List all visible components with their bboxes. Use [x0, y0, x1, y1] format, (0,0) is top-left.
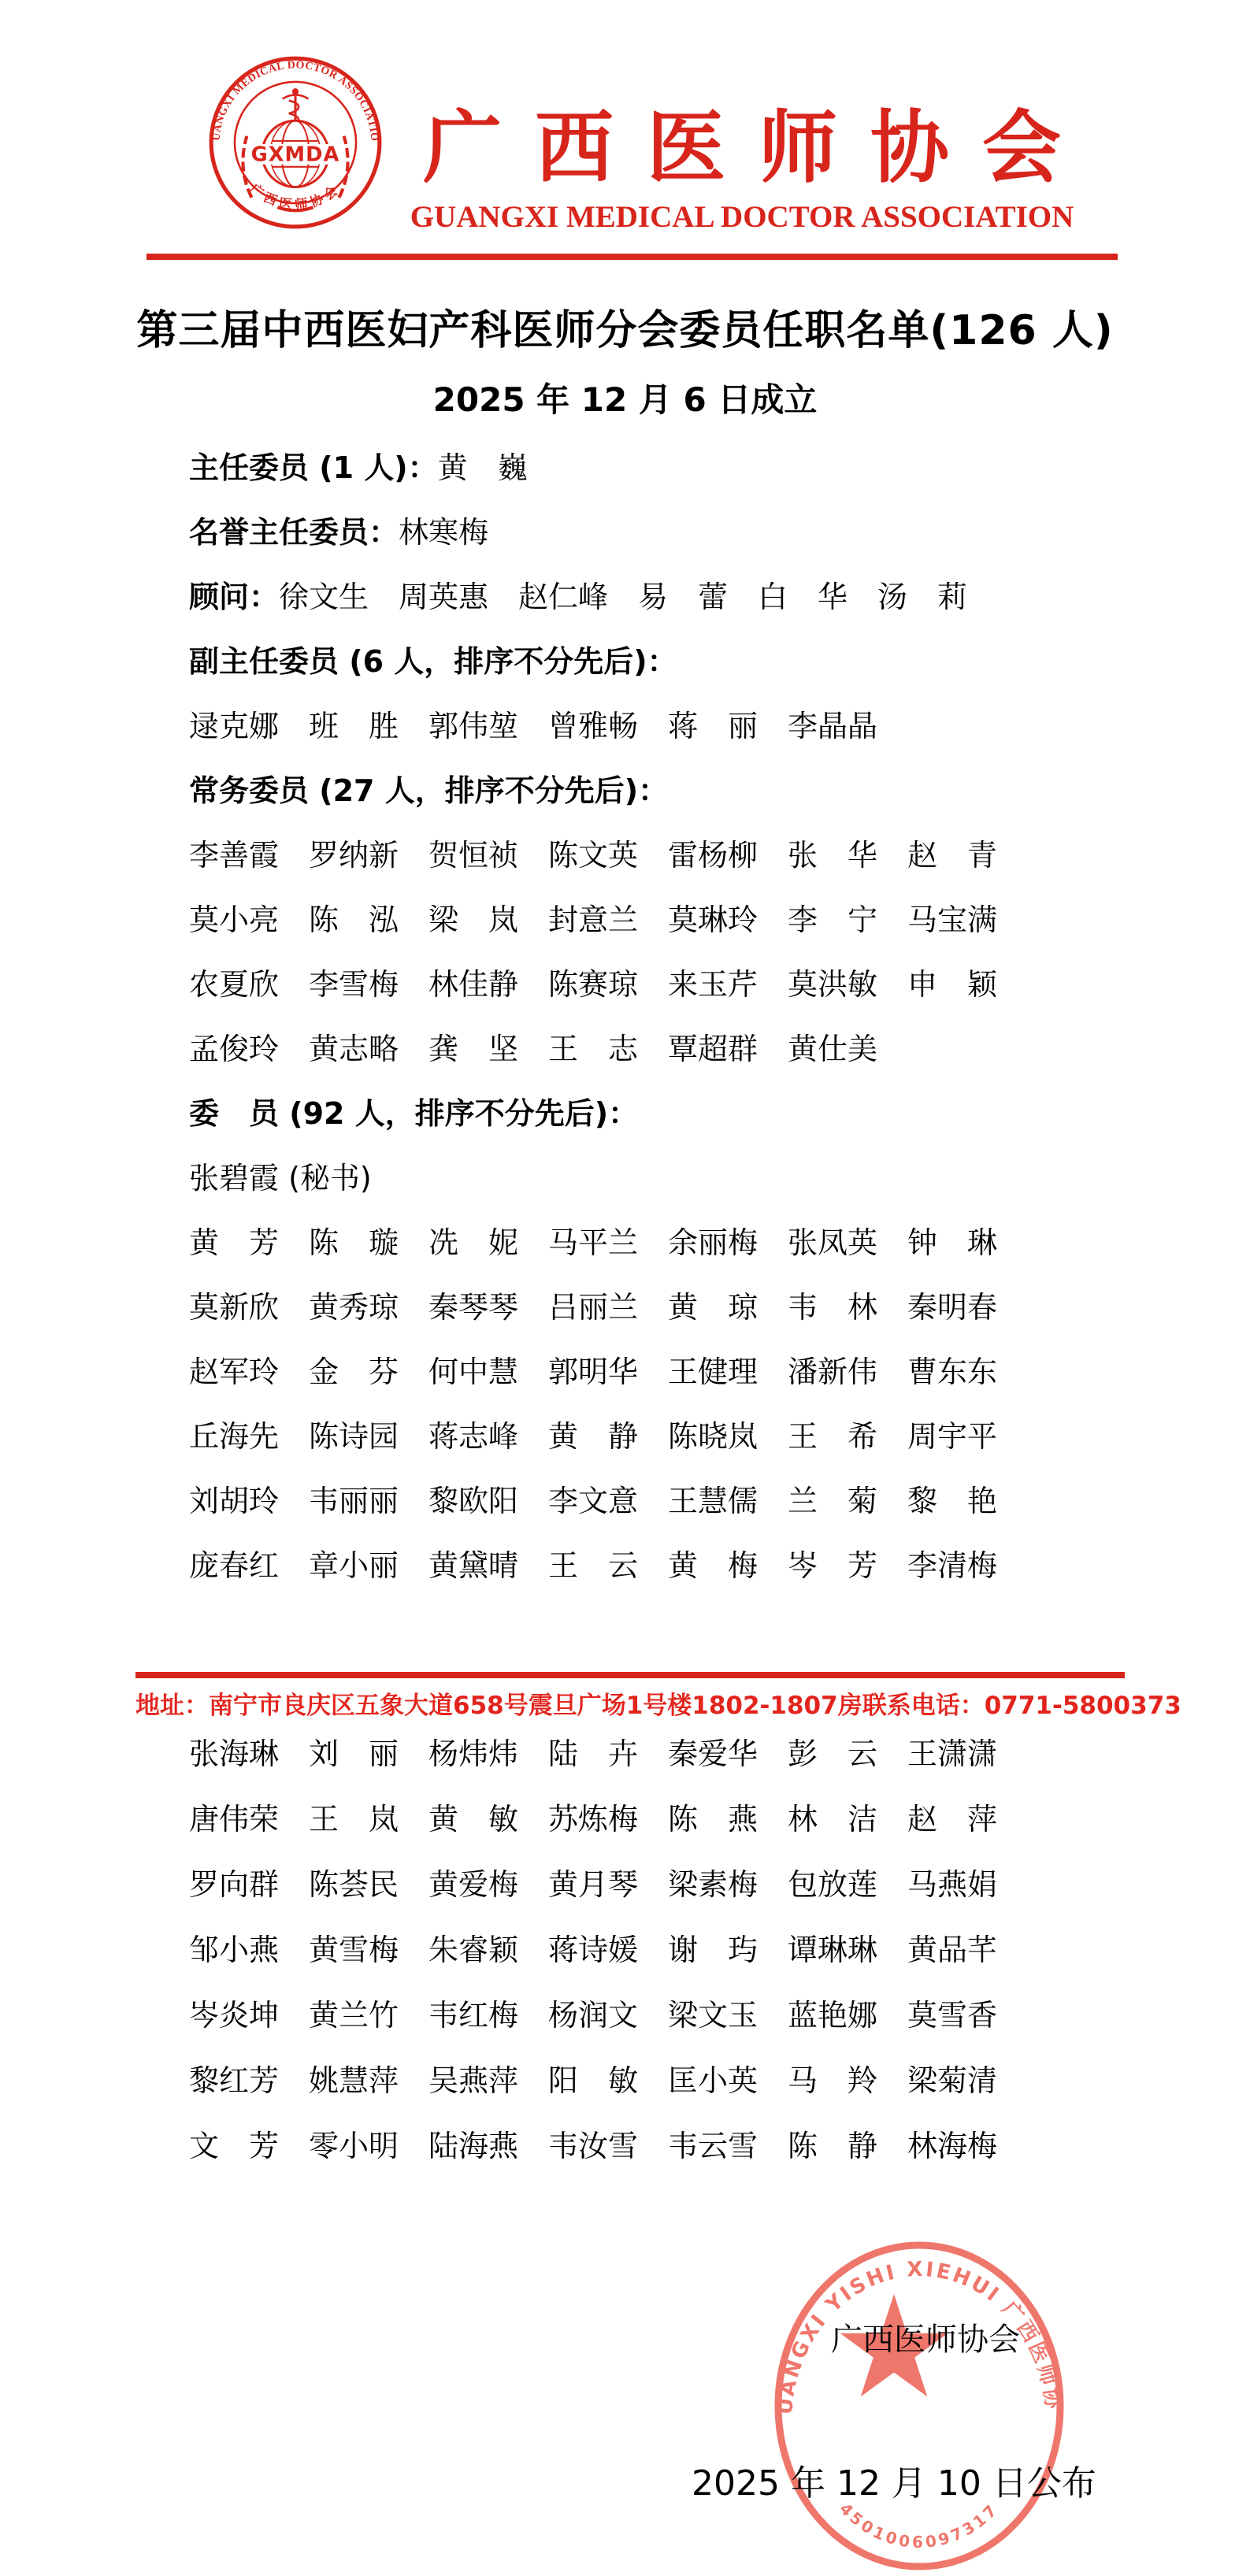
member-list-page1: 主任委员 (1 人)：黄 巍 名誉主任委员：林寒梅 顾问：徐文生 周英惠 赵仁峰…: [189, 436, 1134, 1598]
members-row: 丘海先 陈诗园 蒋志峰 黄 静 陈晓岚 王 希 周宇平: [189, 1404, 1134, 1469]
org-name-en: GUANGXI MEDICAL DOCTOR ASSOCIATION: [394, 202, 1090, 233]
logo-abbr-text: GXMDA: [251, 143, 340, 167]
members-row: 文 芳 零小明 陆海燕 韦汝雪 韦云雪 陈 静 林海梅: [189, 2114, 1134, 2179]
signing-org-name: 广西医师协会: [831, 2322, 1020, 2358]
honorary-chairman-line: 名誉主任委员：林寒梅: [189, 500, 1134, 565]
members-row: 莫新欣 黄秀琼 秦琴琴 吕丽兰 黄 琼 韦 林 秦明春: [189, 1275, 1134, 1340]
chairman-line: 主任委员 (1 人)：黄 巍: [189, 436, 1134, 500]
members-row: 赵军玲 金 芬 何中慧 郭明华 王健理 潘新伟 曹东东: [189, 1340, 1134, 1404]
footer-divider: [135, 1672, 1125, 1678]
standing-members-row: 农夏欣 李雪梅 林佳静 陈赛琼 来玉芹 莫洪敏 申 颖: [189, 952, 1134, 1017]
honorary-chairman-name: 林寒梅: [399, 515, 488, 550]
document-title: 第三届中西医妇产科医师分会委员任职名单(126 人): [0, 307, 1250, 354]
members-row: 邹小燕 黄雪梅 朱睿颖 蒋诗媛 谢 玙 谭琳琳 黄品芊: [189, 1918, 1134, 1983]
chairman-name: 黄 巍: [438, 450, 528, 485]
advisors-label: 顾问：: [189, 580, 279, 614]
secretary-line: 张碧霞 (秘书): [189, 1146, 1134, 1210]
footer-phone: 联系电话：0771-5800373: [862, 1692, 1181, 1720]
page-footer: 地址：南宁市良庆区五象大道658号震旦广场1号楼1802-1807房 联系电话：…: [135, 1672, 1125, 1720]
standing-members-row: 孟俊玲 黄志略 龚 坚 王 志 覃超群 黄仕美: [189, 1017, 1134, 1081]
honorary-chairman-label: 名誉主任委员：: [189, 515, 399, 550]
members-label: 委 员 (92 人，排序不分先后)：: [189, 1081, 1134, 1146]
publish-date: 2025 年 12 月 10 日公布: [692, 2463, 1096, 2504]
advisors-names: 徐文生 周英惠 赵仁峰 易 蕾 白 华 汤 莉: [279, 580, 967, 614]
members-row: 庞春红 章小丽 黄黛晴 王 云 黄 梅 岑 芳 李清梅: [189, 1533, 1134, 1598]
advisors-line: 顾问：徐文生 周英惠 赵仁峰 易 蕾 白 华 汤 莉: [189, 565, 1134, 629]
official-seal-stamp-icon: GUANGXI YISHI XIEHUI 广西医师协会 450100609731…: [768, 2241, 1071, 2571]
members-row: 黄 芳 陈 璇 冼 妮 马平兰 余丽梅 张凤英 钟 琳: [189, 1210, 1134, 1275]
org-title-block: 广西医师协会 GUANGXI MEDICAL DOCTOR ASSOCIATIO…: [394, 107, 1090, 233]
members-row: 罗向群 陈荟民 黄爱梅 黄月琴 梁素梅 包放莲 马燕娟: [189, 1852, 1134, 1918]
header-divider: [147, 254, 1118, 260]
document-page: GUANGXI MEDICAL DOCTOR ASSOCIATION 广西医师协…: [0, 0, 1250, 2576]
members-row: 岑炎坤 黄兰竹 韦红梅 杨润文 梁文玉 蓝艳娜 莫雪香: [189, 1983, 1134, 2048]
footer-address: 地址：南宁市良庆区五象大道658号震旦广场1号楼1802-1807房: [135, 1692, 862, 1720]
globe-icon: GXMDA: [251, 120, 340, 187]
standing-members-label: 常务委员 (27 人，排序不分先后)：: [189, 758, 1134, 823]
established-date: 2025 年 12 月 6 日成立: [0, 381, 1250, 419]
standing-members-row: 李善霞 罗纳新 贺恒祯 陈文英 雷杨柳 张 华 赵 青: [189, 823, 1134, 888]
org-name-cn: 广西医师协会: [394, 107, 1123, 189]
vice-chairmen-row: 逯克娜 班 胜 郭伟堃 曾雅畅 蒋 丽 李晶晶: [189, 694, 1134, 758]
vice-chairmen-label: 副主任委员 (6 人，排序不分先后)：: [189, 629, 1134, 694]
members-row: 黎红芳 姚慧萍 吴燕萍 阳 敏 匡小英 马 羚 梁菊清: [189, 2048, 1134, 2114]
footer-contact-line: 地址：南宁市良庆区五象大道658号震旦广场1号楼1802-1807房 联系电话：…: [135, 1692, 1125, 1720]
members-row: 唐伟荣 王 岚 黄 敏 苏炼梅 陈 燕 林 洁 赵 萍: [189, 1787, 1134, 1852]
chairman-label: 主任委员 (1 人)：: [189, 450, 438, 485]
seal-serial-number: 4501006097317: [836, 2499, 1002, 2552]
members-row: 张海琳 刘 丽 杨炜炜 陆 卉 秦爱华 彭 云 王潇潇: [189, 1722, 1134, 1787]
standing-members-row: 莫小亮 陈 泓 梁 岚 封意兰 莫琳玲 李 宁 马宝满: [189, 888, 1134, 952]
member-list-page2: 张海琳 刘 丽 杨炜炜 陆 卉 秦爱华 彭 云 王潇潇 唐伟荣 王 岚 黄 敏 …: [189, 1722, 1134, 2179]
association-logo-icon: GUANGXI MEDICAL DOCTOR ASSOCIATION 广西医师协…: [206, 54, 384, 232]
members-row: 刘胡玲 韦丽丽 黎欧阳 李文意 王慧儒 兰 菊 黎 艳: [189, 1469, 1134, 1533]
